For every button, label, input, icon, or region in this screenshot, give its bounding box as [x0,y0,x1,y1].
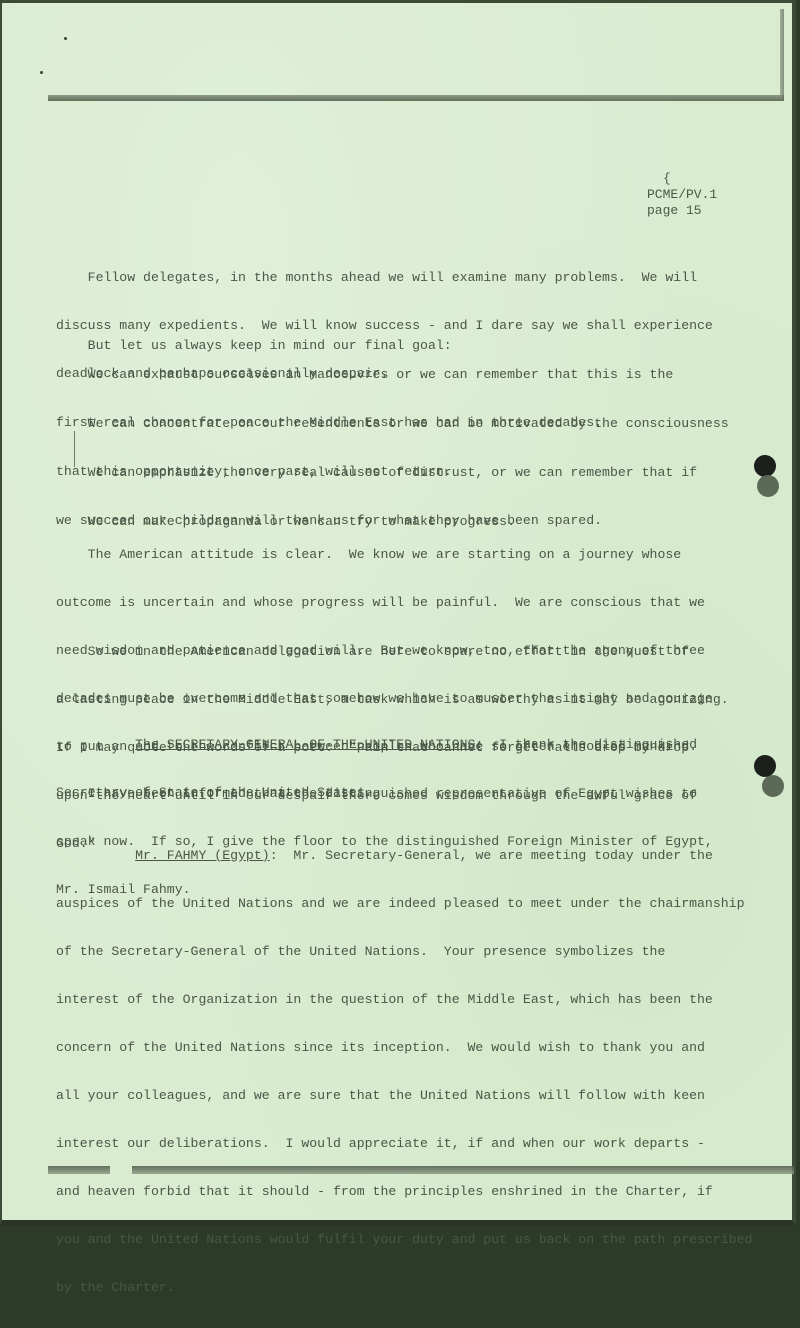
text-line: of the Secretary-General of the United N… [56,944,786,960]
top-right-edge-rule [780,9,784,99]
text-line: all your colleagues, and we are sure tha… [56,1088,786,1104]
text-line: So we in the American delegation are her… [56,644,786,660]
scan-speck [40,71,43,74]
text-line: We can emphasize the very real causes of… [56,465,786,481]
text-line: The American attitude is clear. We know … [56,547,786,563]
document-symbol: PCME/PV.1 [647,187,717,203]
text-line: Mr. FAHMY (Egypt): Mr. Secretary-General… [56,848,786,864]
text-line: auspices of the United Nations and we ar… [56,896,786,912]
top-border-rule [48,95,784,101]
speaker-name: Mr. FAHMY (Egypt) [135,848,270,863]
punch-hole-mark [754,755,776,777]
text-line: interest of the Organization in the ques… [56,992,786,1008]
scanned-document-page: { PCME/PV.1 page 15 Fellow delegates, in… [0,0,796,1226]
text-line: outcome is uncertain and whose progress … [56,595,786,611]
page-number: page 15 [647,203,717,219]
punch-hole-mark [757,475,779,497]
text-line: and heaven forbid that it should - from … [56,1184,786,1200]
reference-mark: { [647,171,717,187]
paragraph-fahmy-speech: Mr. FAHMY (Egypt): Mr. Secretary-General… [56,816,786,1232]
text-line: I have been informed that the distinguis… [56,786,786,802]
punch-hole-mark [762,775,784,797]
text-line: We can exhaust ourselves in manoeuvres o… [56,367,786,383]
text-line: Fellow delegates, in the months ahead we… [56,270,786,286]
text-line: interest our deliberations. I would appr… [56,1136,786,1152]
text-fragment: : Mr. Secretary-General, we are meeting … [270,848,713,863]
text-fragment: : I thank the distinguished [475,737,697,752]
document-reference: { PCME/PV.1 page 15 [647,171,717,219]
speaker-name: The SECRETARY-GENERAL OF THE UNITED NATI… [135,737,475,752]
text-line: The SECRETARY-GENERAL OF THE UNITED NATI… [56,737,786,753]
scan-speck [64,37,67,40]
punch-hole-mark [754,455,776,477]
text-line: concern of the United Nations since its … [56,1040,786,1056]
text-line: We can concentrate on our resentments or… [56,416,786,432]
